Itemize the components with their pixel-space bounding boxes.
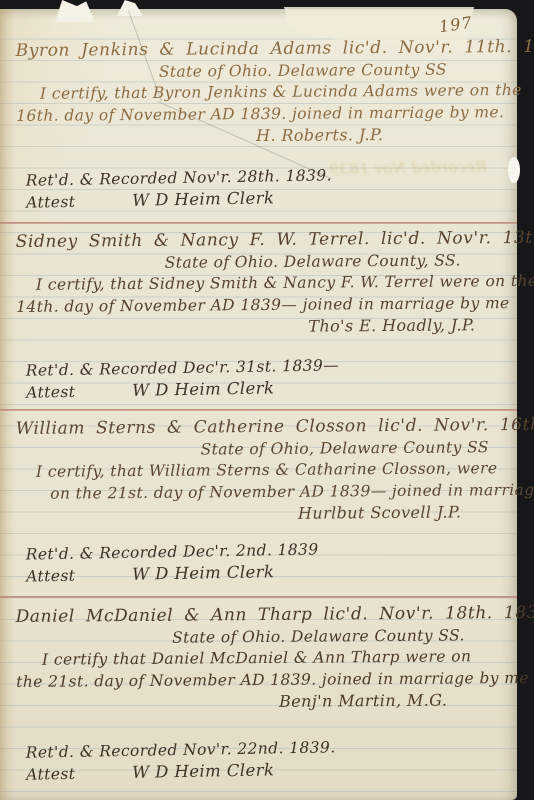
torn-edge-notch [508,157,520,183]
officiant-signature: Hurlbut Scovell J.P. [16,501,505,526]
certify-line-1: I certify, that Byron Jenkins & Lucinda … [16,80,505,105]
recorded-block: Ret'd. & Recorded Dec'r. 31st. 1839— Att… [26,354,340,403]
attest-label: Attest [26,380,114,404]
entry-separator-line [0,222,517,224]
clerk-signature: W D Heim Clerk [132,187,275,211]
officiant-signature: Tho's E. Hoadly, J.P. [16,314,505,339]
marriage-entry: William Sterns & Catherine Closson lic'd… [16,415,506,526]
entry-separator-line [0,596,517,598]
officiant-signature: H. Roberts. J.P. [16,123,505,148]
certify-line-1: I certify that Daniel McDaniel & Ann Tha… [16,646,505,671]
license-line: Sidney Smith & Nancy F. W. Terrel. lic'd… [16,228,505,253]
clerk-signature: W D Heim Clerk [132,561,275,585]
certify-line-2: 16th. day of November AD 1839. joined in… [16,102,505,127]
officiant-signature: Benj'n Martin, M.G. [16,689,505,714]
clerk-signature: W D Heim Clerk [132,759,275,783]
entry-separator-line [0,409,517,411]
recorded-block: Ret'd. & Recorded Dec'r. 2nd. 1839 Attes… [26,538,320,587]
ledger-photo: { "page": { "number": "197" }, "ghost_te… [0,0,534,800]
page-gutter-shading [0,9,16,800]
license-line: Daniel McDaniel & Ann Tharp lic'd. Nov'r… [16,603,505,628]
clerk-signature: W D Heim Clerk [132,377,275,401]
attest-label: Attest [26,762,114,786]
marriage-entry: Sidney Smith & Nancy F. W. Terrel. lic'd… [16,228,506,339]
marriage-entry: Daniel McDaniel & Ann Tharp lic'd. Nov'r… [16,603,506,714]
certify-line-1: I certify, that William Sterns & Cathari… [16,458,505,483]
attest-label: Attest [26,190,114,214]
torn-edge-notch [55,0,95,22]
certify-line-1: I certify, that Sidney Smith & Nancy F. … [16,271,505,296]
recorded-block: Ret'd. & Recorded Nov'r. 28th. 1839. Att… [26,164,333,213]
ledger-page: Recorded Nov 1839 197 Byron Jenkins & Lu… [0,9,517,800]
recorded-block: Ret'd. & Recorded Nov'r. 22nd. 1839. Att… [26,736,337,785]
license-line: Byron Jenkins & Lucinda Adams lic'd. Nov… [16,37,505,62]
license-line: William Sterns & Catherine Closson lic'd… [16,415,505,440]
attest-label: Attest [26,564,114,588]
marriage-entry: Byron Jenkins & Lucinda Adams lic'd. Nov… [16,37,506,148]
